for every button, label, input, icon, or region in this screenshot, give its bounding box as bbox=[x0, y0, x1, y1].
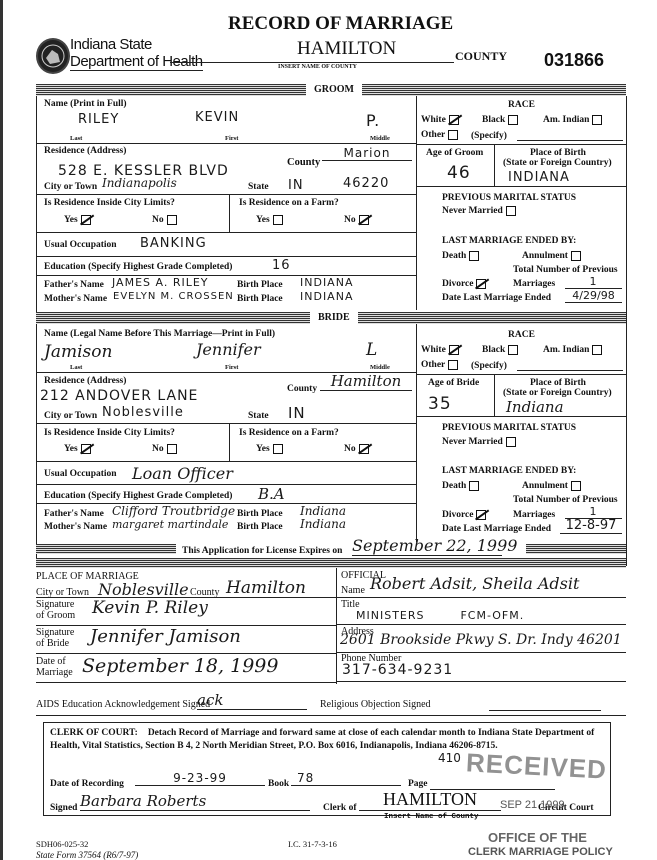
license-expires-label: This Application for License Expires on bbox=[182, 546, 342, 556]
groom-divorce-checkbox[interactable] bbox=[476, 279, 486, 289]
bride-state-label: State bbox=[248, 411, 269, 421]
ic-code: I.C. 31-7-3-16 bbox=[288, 839, 337, 849]
bride-signature-label: Signatureof Bride bbox=[36, 627, 74, 649]
groom-last-name[interactable]: RILEY bbox=[78, 112, 119, 127]
official-name-field[interactable]: Robert Adsit, Sheila Adsit bbox=[370, 574, 579, 593]
divider bbox=[336, 681, 626, 682]
groom-race-white[interactable]: White bbox=[421, 115, 459, 125]
header-county-caption: INSERT NAME OF COUNTY bbox=[278, 64, 357, 70]
bride-birthplace-sublabel: (State or Foreign Country) bbox=[503, 388, 612, 398]
bride-race-specify-line bbox=[517, 370, 623, 371]
bride-farm-no[interactable]: No bbox=[344, 444, 369, 454]
clerk-signed-field[interactable]: Barbara Roberts bbox=[80, 792, 310, 811]
aids-ack-label: AIDS Education Acknowledgement Signed bbox=[36, 699, 210, 710]
recording-date-label: Date of Recording bbox=[50, 779, 124, 789]
groom-signature-field[interactable]: Kevin P. Riley bbox=[92, 598, 208, 618]
groom-race-white-checkbox[interactable] bbox=[449, 115, 459, 125]
bride-county-label: County bbox=[287, 384, 317, 394]
book-field[interactable]: 78 bbox=[291, 771, 401, 786]
groom-city-field[interactable]: Indianapolis bbox=[102, 176, 177, 190]
groom-never-married-checkbox[interactable] bbox=[506, 206, 516, 216]
bride-city-limits-no-checkbox[interactable] bbox=[167, 444, 177, 454]
groom-divorce[interactable]: Divorce bbox=[442, 279, 486, 289]
office-stamp: OFFICE OF THE bbox=[488, 830, 587, 845]
groom-farm-no[interactable]: No bbox=[344, 215, 369, 225]
groom-death-checkbox[interactable] bbox=[469, 251, 479, 261]
groom-farm-no-checkbox[interactable] bbox=[359, 215, 369, 225]
bride-father-birth-field[interactable]: Indiana bbox=[300, 504, 346, 518]
bride-middle-caption: Middle bbox=[370, 364, 390, 371]
bride-last-name[interactable]: Jamison bbox=[44, 342, 112, 362]
indiana-seal-icon bbox=[36, 38, 70, 74]
bride-last-caption: Last bbox=[70, 364, 82, 371]
groom-father-label: Father's Name bbox=[44, 280, 104, 290]
groom-date-last-ended-field[interactable]: 4/29/98 bbox=[565, 289, 622, 303]
groom-father-birth-label: Birth Place bbox=[237, 280, 283, 290]
bride-never-married[interactable]: Never Married bbox=[442, 437, 516, 447]
bride-farm-no-checkbox[interactable] bbox=[359, 444, 369, 454]
bride-death[interactable]: Death bbox=[442, 481, 479, 491]
bride-occupation-field[interactable]: Loan Officer bbox=[132, 464, 233, 483]
bride-first-name[interactable]: Jennifer bbox=[196, 340, 261, 359]
bride-marriages-count[interactable]: 1 bbox=[565, 505, 622, 519]
groom-middle-caption: Middle bbox=[370, 135, 390, 142]
bride-age-label: Age of Bride bbox=[428, 378, 479, 388]
clerk-heading: CLERK OF COURT: bbox=[50, 728, 138, 738]
header-county-line bbox=[170, 62, 454, 63]
expiry-band-right bbox=[526, 544, 626, 554]
aids-ack-field[interactable]: ack bbox=[197, 691, 307, 710]
groom-birthplace-field[interactable]: INDIANA bbox=[508, 170, 570, 185]
groom-race-amindian-checkbox[interactable] bbox=[592, 115, 602, 125]
state-form-number: State Form 37564 (R6/7-97) bbox=[36, 850, 138, 860]
groom-education-label: Education (Specify Highest Grade Complet… bbox=[44, 262, 232, 272]
groom-never-married[interactable]: Never Married bbox=[442, 206, 516, 216]
groom-last-ended-label: LAST MARRIAGE ENDED BY: bbox=[442, 236, 576, 246]
groom-name-label: Name (Print in Full) bbox=[44, 99, 127, 109]
bride-city-limits-yes-checkbox[interactable] bbox=[81, 444, 91, 454]
divider bbox=[229, 194, 230, 232]
clerk-signed-label: Signed bbox=[50, 803, 77, 813]
divider bbox=[36, 256, 416, 257]
bride-date-last-ended-label: Date Last Marriage Ended bbox=[442, 524, 551, 534]
bride-mother-field[interactable]: margaret martindale bbox=[112, 518, 228, 531]
bride-last-ended-label: LAST MARRIAGE ENDED BY: bbox=[442, 466, 576, 476]
groom-mother-birth-field[interactable]: INDIANA bbox=[300, 290, 353, 303]
groom-birthplace-sublabel: (State or Foreign Country) bbox=[503, 158, 612, 168]
groom-birthplace-label: Place of Birth bbox=[530, 148, 586, 158]
bride-farm-yes[interactable]: Yes bbox=[256, 444, 283, 454]
bride-divorce[interactable]: Divorce bbox=[442, 510, 486, 520]
ceremony-county-field[interactable]: Hamilton bbox=[226, 578, 306, 598]
header-county-value: HAMILTON bbox=[297, 38, 396, 60]
groom-first-name[interactable]: KEVIN bbox=[195, 110, 239, 125]
official-address-field[interactable]: 2601 Brookside Pkwy S. Dr. Indy 46201 bbox=[340, 632, 622, 648]
groom-age-label: Age of Groom bbox=[426, 148, 483, 158]
groom-city-limits-yes[interactable]: Yes bbox=[64, 215, 91, 225]
bride-birthplace-field[interactable]: Indiana bbox=[506, 398, 564, 416]
divider bbox=[36, 275, 416, 276]
bride-middle-name[interactable]: L bbox=[366, 340, 377, 360]
bride-race-other[interactable]: Other bbox=[421, 360, 458, 370]
groom-total-prev-label: Total Number of Previous bbox=[513, 265, 618, 275]
groom-marriages-label: Marriages bbox=[513, 279, 555, 289]
bride-race-specify-label: (Specify) bbox=[471, 361, 507, 371]
groom-race-black[interactable]: Black bbox=[482, 115, 518, 125]
groom-residence-label: Residence (Address) bbox=[44, 146, 126, 156]
bride-race-white-checkbox[interactable] bbox=[449, 345, 459, 355]
bride-birthplace-label: Place of Birth bbox=[530, 378, 586, 388]
divider bbox=[36, 423, 416, 424]
divider bbox=[336, 568, 337, 684]
license-expires-field[interactable]: September 22, 1999 bbox=[352, 536, 502, 556]
received-date-stamp: SEP 21 1999 bbox=[500, 799, 565, 811]
divider bbox=[416, 186, 626, 187]
header-county-label: COUNTY bbox=[455, 49, 507, 64]
divider bbox=[416, 416, 626, 417]
bride-name-label: Name (Legal Name Before This Marriage—Pr… bbox=[44, 329, 275, 339]
bride-first-caption: First bbox=[225, 364, 238, 371]
groom-death[interactable]: Death bbox=[442, 251, 479, 261]
groom-city-limits-no[interactable]: No bbox=[152, 215, 177, 225]
official-name-label: Name bbox=[341, 585, 365, 596]
divider bbox=[416, 374, 626, 375]
groom-first-caption: First bbox=[225, 135, 238, 142]
bride-annulment[interactable]: Annulment bbox=[522, 481, 581, 491]
groom-zip-field[interactable]: 46220 bbox=[343, 176, 389, 191]
bride-mother-birth-field[interactable]: Indiana bbox=[300, 517, 346, 531]
page-label: Page bbox=[408, 779, 428, 789]
divider bbox=[336, 624, 626, 625]
expiry-band-left bbox=[36, 544, 176, 554]
bride-mother-birth-label: Birth Place bbox=[237, 522, 283, 532]
groom-city-limits-yes-checkbox[interactable] bbox=[81, 215, 91, 225]
bride-race-amindian[interactable]: Am. Indian bbox=[543, 345, 602, 355]
groom-occupation-label: Usual Occupation bbox=[44, 240, 117, 250]
bride-city-limits-label: Is Residence Inside City Limits? bbox=[44, 428, 175, 438]
clerk-county-caption: Insert Name of County bbox=[384, 813, 479, 821]
bride-marriages-label: Marriages bbox=[513, 510, 555, 520]
bride-father-field[interactable]: Clifford Troutbridge bbox=[112, 504, 235, 518]
groom-marriages-count[interactable]: 1 bbox=[565, 275, 622, 289]
divider bbox=[494, 144, 495, 186]
bride-signature-field[interactable]: Jennifer Jamison bbox=[90, 626, 241, 647]
bride-section-title: BRIDE bbox=[310, 312, 358, 324]
groom-race-amindian[interactable]: Am. Indian bbox=[543, 115, 602, 125]
groom-county-label: County bbox=[287, 157, 320, 168]
groom-farm-yes-checkbox[interactable] bbox=[273, 215, 283, 225]
groom-signature-label: Signatureof Groom bbox=[36, 599, 75, 621]
bride-race-black-checkbox[interactable] bbox=[508, 345, 518, 355]
divider bbox=[416, 144, 626, 145]
bride-mother-label: Mother's Name bbox=[44, 522, 107, 532]
clerk-stamp: CLERK MARRIAGE POLICY bbox=[468, 846, 613, 858]
bride-city-label: City or Town bbox=[44, 411, 97, 421]
bride-total-prev-label: Total Number of Previous bbox=[513, 495, 618, 505]
groom-race-black-checkbox[interactable] bbox=[508, 115, 518, 125]
form-right-border bbox=[626, 96, 627, 566]
groom-age-field[interactable]: 46 bbox=[447, 163, 471, 183]
bride-divorce-checkbox[interactable] bbox=[476, 510, 486, 520]
groom-prev-status-label: PREVIOUS MARITAL STATUS bbox=[442, 193, 576, 203]
bride-race-white[interactable]: White bbox=[421, 345, 459, 355]
bride-farm-yes-checkbox[interactable] bbox=[273, 444, 283, 454]
clerk-of-label: Clerk of bbox=[323, 803, 357, 813]
bride-annulment-checkbox[interactable] bbox=[571, 481, 581, 491]
book-label: Book bbox=[268, 779, 289, 789]
religious-objection-label: Religious Objection Signed bbox=[320, 699, 431, 710]
bride-race-black[interactable]: Black bbox=[482, 345, 518, 355]
groom-education-field[interactable]: 16 bbox=[272, 258, 291, 273]
page-field[interactable]: 410 bbox=[438, 751, 461, 765]
groom-mother-label: Mother's Name bbox=[44, 294, 107, 304]
bride-education-label: Education (Specify Highest Grade Complet… bbox=[44, 491, 232, 501]
divider bbox=[36, 461, 416, 462]
groom-mother-field[interactable]: EVELYN M. CROSSEN bbox=[113, 291, 234, 302]
groom-middle-name[interactable]: P. bbox=[366, 111, 380, 130]
marriage-date-field[interactable]: September 18, 1999 bbox=[82, 655, 278, 677]
divider bbox=[336, 597, 626, 598]
bride-never-married-checkbox[interactable] bbox=[506, 437, 516, 447]
page-left-edge bbox=[0, 0, 3, 860]
bride-father-birth-label: Birth Place bbox=[237, 509, 283, 519]
groom-father-field[interactable]: JAMES A. RILEY bbox=[112, 276, 209, 289]
groom-race-other-checkbox[interactable] bbox=[448, 130, 458, 140]
groom-annulment[interactable]: Annulment bbox=[522, 251, 581, 261]
divider bbox=[36, 484, 416, 485]
bride-farm-label: Is Residence on a Farm? bbox=[239, 428, 339, 438]
groom-column-divider bbox=[416, 96, 417, 310]
groom-county-field[interactable]: Marion bbox=[322, 146, 412, 161]
groom-section-title: GROOM bbox=[306, 84, 362, 96]
divider bbox=[36, 715, 626, 716]
divider bbox=[36, 682, 336, 683]
divider bbox=[36, 653, 336, 654]
groom-race-specify-label: (Specify) bbox=[471, 131, 507, 141]
groom-last-caption: Last bbox=[70, 135, 82, 142]
bride-education-field[interactable]: B.A bbox=[258, 485, 285, 503]
groom-mother-birth-label: Birth Place bbox=[237, 294, 283, 304]
bride-prev-status-label: PREVIOUS MARITAL STATUS bbox=[442, 423, 576, 433]
divider bbox=[36, 232, 416, 233]
marriage-date-label: Date ofMarriage bbox=[36, 656, 73, 678]
bride-race-label: RACE bbox=[508, 330, 535, 340]
groom-city-label: City or Town bbox=[44, 182, 97, 192]
bride-city-field[interactable]: Noblesville bbox=[102, 405, 184, 420]
bride-date-last-ended-field[interactable]: 12-8-97 bbox=[560, 518, 622, 534]
bride-father-label: Father's Name bbox=[44, 509, 104, 519]
divider bbox=[36, 194, 416, 195]
form-title: RECORD OF MARRIAGE bbox=[228, 13, 453, 35]
groom-date-last-ended-label: Date Last Marriage Ended bbox=[442, 293, 551, 303]
groom-race-specify-line bbox=[517, 140, 623, 141]
agency-name: Indiana State Department of Health bbox=[70, 36, 203, 71]
bride-city-limits-yes[interactable]: Yes bbox=[64, 444, 91, 454]
groom-city-limits-no-checkbox[interactable] bbox=[167, 215, 177, 225]
groom-farm-yes[interactable]: Yes bbox=[256, 215, 283, 225]
bride-residence-label: Residence (Address) bbox=[44, 376, 126, 386]
bride-address-field[interactable]: 212 ANDOVER LANE bbox=[40, 388, 198, 404]
groom-father-birth-field[interactable]: INDIANA bbox=[300, 276, 353, 289]
groom-state-label: State bbox=[248, 182, 269, 192]
divider bbox=[229, 423, 230, 461]
groom-farm-label: Is Residence on a Farm? bbox=[239, 198, 339, 208]
groom-race-other[interactable]: Other bbox=[421, 130, 458, 140]
bride-column-divider bbox=[416, 324, 417, 542]
recording-date-field[interactable]: 9-23-99 bbox=[135, 771, 265, 786]
official-title-field[interactable]: MINISTERS FCM-OFM. bbox=[356, 609, 524, 622]
bride-death-checkbox[interactable] bbox=[469, 481, 479, 491]
groom-race-label: RACE bbox=[508, 100, 535, 110]
bride-occupation-label: Usual Occupation bbox=[44, 469, 117, 479]
form-left-border bbox=[36, 96, 37, 566]
groom-state-field[interactable]: IN bbox=[288, 178, 304, 193]
bride-state-field[interactable]: IN bbox=[288, 404, 306, 422]
groom-city-limits-label: Is Residence Inside City Limits? bbox=[44, 198, 175, 208]
bride-age-field[interactable]: 35 bbox=[428, 394, 452, 414]
bride-city-limits-no[interactable]: No bbox=[152, 444, 177, 454]
clerk-county-field[interactable]: HAMILTON bbox=[359, 789, 501, 811]
record-number: 031866 bbox=[544, 50, 604, 71]
official-phone-field[interactable]: 317-634-9231 bbox=[342, 662, 453, 678]
ceremony-band bbox=[36, 558, 626, 568]
form-code: SDH06-025-32 bbox=[36, 839, 88, 849]
bride-race-amindian-checkbox[interactable] bbox=[592, 345, 602, 355]
groom-occupation-field[interactable]: BANKING bbox=[140, 236, 207, 251]
groom-annulment-checkbox[interactable] bbox=[571, 251, 581, 261]
bride-race-other-checkbox[interactable] bbox=[448, 360, 458, 370]
divider bbox=[494, 374, 495, 416]
bride-county-field[interactable]: Hamilton bbox=[320, 372, 412, 391]
religious-objection-field[interactable] bbox=[489, 699, 601, 711]
divider bbox=[36, 143, 416, 144]
